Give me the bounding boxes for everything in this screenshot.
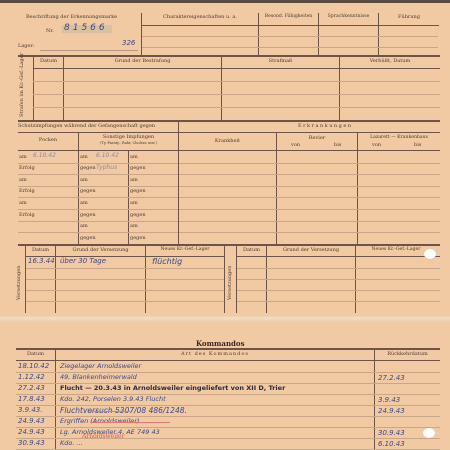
sonstige1-cell-label: am	[80, 201, 88, 206]
lazarett-bis: bis	[414, 143, 421, 148]
kdo-col-art: Art des Kommandos	[56, 352, 374, 357]
impfungen-title: Schutzimpfungen während der Gefangenscha…	[18, 124, 155, 129]
kdo-datum: 24.9.43	[18, 418, 45, 425]
pocken-cell-label: am	[19, 178, 27, 183]
impf-row-rule	[18, 174, 178, 175]
strafen-side-label: Strafen im Kr.-Gef.-Lager	[20, 53, 25, 117]
kdo-art: Flucht — 20.3.43 in Arnoldsweiler eingel…	[60, 385, 285, 392]
punch-hole-lower	[423, 428, 435, 438]
sonstige1-cell-label: am	[80, 178, 88, 183]
col-sprachen: Sprachkenntnisse	[319, 15, 378, 20]
impf-row-rule	[18, 221, 178, 222]
erkennungsmarke-label: Beschriftung der Erkennungsmarke	[26, 15, 117, 20]
erkrankung-row-rule	[179, 174, 440, 175]
sonstige2-cell-label: gegen	[130, 189, 146, 194]
kdo-datum: 17.8.43	[18, 396, 45, 403]
sonstige1-cell-label: am	[80, 224, 88, 229]
kdo-art: Kdo. 242, Porselen 3.9.43 Flucht	[60, 396, 166, 403]
sonstige2-cell-label: am	[130, 155, 138, 160]
sonstige1-cell-value: 6.10.42	[96, 153, 119, 159]
nr-value: 81566	[64, 24, 108, 33]
pocken-cell-label: Erfolg	[19, 189, 35, 194]
record-card: Beschriftung der Erkennungsmarke Nr. 815…	[0, 0, 450, 450]
kdo-rueck: 30.9.43	[378, 430, 405, 437]
erkrankung-row-rule	[179, 232, 440, 233]
sonstige2-cell-label: gegen	[130, 213, 146, 218]
kdo-datum: 1.12.42	[18, 374, 45, 381]
vers-col-grund-right: Grund der Versetzung	[267, 248, 355, 253]
kdo-art: 49, Blankenheimerwald	[60, 374, 137, 381]
impf-row-rule	[18, 232, 178, 233]
vers-col-datum-left: Datum	[26, 248, 55, 253]
krankheit-label: Krankheit	[179, 139, 276, 144]
impf-row-rule	[18, 197, 178, 198]
lazarett-von: von	[372, 143, 381, 148]
versetzungen-side-label-right: Versetzungen	[228, 266, 233, 301]
erkrankung-row-rule	[179, 186, 440, 187]
sonstige1-cell-label: gegen	[80, 213, 96, 218]
pocken-cell-label: Erfolg	[19, 213, 35, 218]
strike-red-1	[90, 411, 130, 412]
revier-bis: bis	[334, 143, 341, 148]
kdo-art: Kdo. ...	[60, 440, 83, 447]
sonstige2-cell-label: gegen	[130, 236, 146, 241]
kdo-rueck: 6.10.43	[378, 441, 405, 448]
kdo-art: Ziegelager Arnoldsweiler	[60, 363, 141, 370]
sonstige-sub: (Ty.-Paraty., Ruhr, Cholera usw.)	[79, 142, 178, 146]
strafen-col-strafmass: Strafmaß	[222, 59, 339, 64]
col-charakter: Charaktereigenschaften u. a.	[142, 15, 258, 20]
sonstige1-cell-label: gegen	[80, 189, 96, 194]
vers-col-grund-left: Grund der Versetzung	[56, 248, 145, 253]
kommandos-title: Kommandos	[196, 339, 245, 348]
erkrankung-row-rule	[179, 209, 440, 210]
lager-underline	[40, 50, 138, 51]
impf-row-rule	[18, 186, 178, 187]
sonstige2-cell-label: am	[130, 201, 138, 206]
pocken-cell-label: Erfolg	[19, 166, 35, 171]
kdo-datum: 3.9.43.	[18, 407, 43, 414]
erkrankungen-title: Erkrankungen	[298, 124, 353, 129]
revier-von: von	[291, 143, 300, 148]
erkrankung-row-rule	[179, 163, 440, 164]
pocken-cell-label: am	[19, 201, 27, 206]
kdo-rueck: 24.9.43	[378, 408, 405, 415]
col-faehigkeiten: Besond. Fähigkeiten	[259, 15, 318, 20]
kdo-datum: 27.2.43	[18, 385, 45, 392]
punch-hole-upper	[424, 249, 436, 259]
kdo-rueck: 3.9.43	[378, 397, 400, 404]
vers-entry-grund: über 30 Tage	[60, 258, 106, 265]
sonstige1-cell-value: Typhus	[96, 165, 117, 171]
kdo-datum: 24.9.43	[18, 429, 45, 436]
vers-col-lager-left: Neues Kr.-Gef.-Lager	[146, 248, 224, 253]
strike-red-2	[90, 422, 170, 423]
kdo-datum: 18.10.42	[18, 363, 49, 370]
strafen-col-verbuesst: Verbüßt, Datum	[340, 59, 440, 64]
lager-value: 326	[122, 40, 135, 47]
kdo-rueck: 27.2.43	[378, 375, 405, 382]
kdo-datum: 30.9.43	[18, 440, 45, 447]
vers-entry-datum: 16.3.44	[28, 258, 55, 265]
card-fold	[0, 315, 450, 324]
erkrankung-row-rule	[179, 197, 440, 198]
erkrankung-row-rule	[179, 221, 440, 222]
nr-label: Nr.	[46, 29, 54, 34]
impf-row-rule	[18, 209, 178, 210]
sonstige1-cell-label: am	[80, 155, 88, 160]
lager-label: Lager:	[18, 44, 35, 49]
revier-label: Revier	[277, 136, 357, 141]
sonstige1-cell-label: gegen	[80, 236, 96, 241]
pocken-cell-value: 6.10.42	[33, 153, 56, 159]
kdo-col-rueck: Rückkehrdatum	[375, 352, 440, 357]
lazarett-label: Lazarett — Krankenhaus	[358, 136, 440, 141]
stamp-arnoldsweiler: Arnoldsweiler	[82, 433, 124, 440]
strafen-col-grund: Grund der Bestrafung	[64, 59, 221, 64]
sonstige-label: Sonstige Impfungen	[79, 135, 178, 140]
sonstige2-cell-label: gegen	[130, 166, 146, 171]
strafen-col-datum: Datum	[34, 59, 63, 64]
card-top-edge	[0, 0, 450, 3]
pocken-cell-label: am	[19, 155, 27, 160]
vers-entry-lager: flüchtig	[152, 258, 182, 266]
sonstige2-cell-label: am	[130, 178, 138, 183]
vers-col-datum-right: Datum	[237, 248, 266, 253]
col-fuehrung: Führung	[379, 15, 439, 20]
strafen-top-rule	[18, 55, 440, 57]
versetzungen-side-label-left: Versetzungen	[17, 266, 22, 301]
sonstige1-cell-label: gegen	[80, 166, 96, 171]
sonstige2-cell-label: am	[130, 224, 138, 229]
pocken-label: Pocken	[18, 138, 78, 143]
kdo-col-datum: Datum	[16, 352, 55, 357]
